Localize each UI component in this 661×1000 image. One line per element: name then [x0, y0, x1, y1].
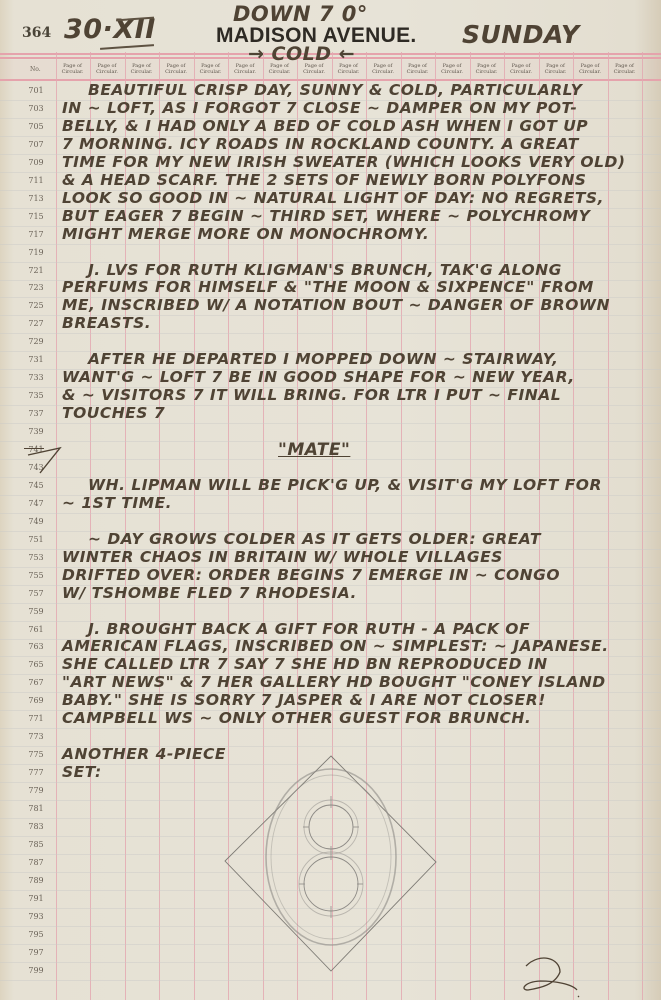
- row-rule: [0, 890, 661, 891]
- journal-line: AMERICAN FLAGS, INSCRIBED ON ~ SIMPLEST:…: [62, 637, 609, 655]
- journal-line: BELLY, & I HAD ONLY A BED OF COLD ASH WH…: [62, 117, 588, 135]
- line-number: 773: [26, 732, 46, 741]
- struck-line-number: [24, 448, 44, 449]
- line-number: 749: [26, 517, 46, 526]
- line-number: 763: [26, 642, 46, 651]
- line-number: 703: [26, 104, 46, 113]
- line-number: 785: [26, 840, 46, 849]
- line-number: 783: [26, 822, 46, 831]
- line-number: 731: [26, 355, 46, 364]
- line-number: 795: [26, 930, 46, 939]
- journal-line: ~ DAY GROWS COLDER AS IT GETS OLDER: GRE…: [88, 530, 541, 548]
- line-number: 769: [26, 696, 46, 705]
- journal-line: ME, INSCRIBED W/ A NOTATION BOUT ~ DANGE…: [62, 296, 610, 314]
- line-number: 729: [26, 337, 46, 346]
- column-header: Page of Circular.: [470, 61, 504, 81]
- journal-line: ~ 1ST TIME.: [62, 494, 172, 512]
- line-number: 747: [26, 499, 46, 508]
- weather-note-bottom: → COLD ←: [248, 43, 355, 65]
- handwritten-day: SUNDAY: [462, 20, 580, 49]
- journal-line: J. BROUGHT BACK A GIFT FOR RUTH - A PACK…: [88, 620, 530, 638]
- journal-line: & A HEAD SCARF. THE 2 SETS OF NEWLY BORN…: [62, 171, 586, 189]
- row-rule: [0, 244, 661, 245]
- line-number: 733: [26, 373, 46, 382]
- journal-line: BREASTS.: [62, 314, 151, 332]
- column-header: Page of Circular.: [435, 61, 469, 81]
- line-number: 701: [26, 86, 46, 95]
- row-rule: [0, 603, 661, 604]
- journal-line: 7 MORNING. ICY ROADS IN ROCKLAND COUNTY.…: [62, 135, 579, 153]
- row-rule: [0, 800, 661, 801]
- line-number: 787: [26, 858, 46, 867]
- journal-line: DRIFTED OVER: ORDER BEGINS 7 EMERGE IN ~…: [62, 566, 560, 584]
- line-number: 797: [26, 948, 46, 957]
- column-header: Page of Circular.: [504, 61, 538, 81]
- column-header: Page of Circular.: [573, 61, 607, 81]
- line-number: 759: [26, 607, 46, 616]
- journal-line: BEAUTIFUL CRISP DAY, SUNNY & COLD, PARTI…: [88, 81, 582, 99]
- row-rule: [0, 980, 661, 981]
- line-number: 713: [26, 194, 46, 203]
- row-rule: [0, 333, 661, 334]
- journal-line: PERFUMS FOR HIMSELF & "THE MOON & SIXPEN…: [62, 278, 594, 296]
- column-rule: [608, 52, 609, 1000]
- journal-line: IN ~ LOFT, AS I FORGOT 7 CLOSE ~ DAMPER …: [62, 99, 577, 117]
- journal-line: W/ TSHOMBE FLED 7 RHODESIA.: [62, 584, 357, 602]
- line-number: 775: [26, 750, 46, 759]
- line-number: 781: [26, 804, 46, 813]
- journal-line: BUT EAGER 7 BEGIN ~ THIRD SET, WHERE ~ P…: [62, 207, 590, 225]
- row-rule: [0, 513, 661, 514]
- line-number: 737: [26, 409, 46, 418]
- journal-line: WH. LIPMAN WILL BE PICK'G UP, & VISIT'G …: [88, 476, 602, 494]
- row-rule: [0, 872, 661, 873]
- journal-line: SET:: [62, 763, 102, 781]
- journal-line: LOOK SO GOOD IN ~ NATURAL LIGHT OF DAY: …: [62, 189, 604, 207]
- journal-line: WINTER CHAOS IN BRITAIN W/ WHOLE VILLAGE…: [62, 548, 503, 566]
- column-header: Page of Circular.: [194, 61, 228, 81]
- journal-line: "ART NEWS" & 7 HER GALLERY HD BOUGHT "CO…: [62, 673, 606, 691]
- journal-line: MIGHT MERGE MORE ON MONOCHROMY.: [62, 225, 429, 243]
- line-number: 793: [26, 912, 46, 921]
- journal-line: TOUCHES 7: [62, 404, 165, 422]
- line-number: 753: [26, 553, 46, 562]
- line-number: 779: [26, 786, 46, 795]
- line-number: 719: [26, 248, 46, 257]
- line-number: 707: [26, 140, 46, 149]
- column-rule: [642, 52, 643, 1000]
- journal-line: & ~ VISITORS 7 IT WILL BRING. FOR LTR I …: [62, 386, 561, 404]
- row-rule: [0, 836, 661, 837]
- number-column-header: No.: [30, 66, 41, 73]
- line-number: 711: [26, 176, 46, 185]
- line-number: 789: [26, 876, 46, 885]
- line-number: 761: [26, 625, 46, 634]
- row-rule: [0, 423, 661, 424]
- column-header: Page of Circular.: [608, 61, 642, 81]
- line-number: 767: [26, 678, 46, 687]
- row-rule: [0, 782, 661, 783]
- journal-line: SHE CALLED LTR 7 SAY 7 SHE HD BN REPRODU…: [62, 655, 548, 673]
- row-rule: [0, 854, 661, 855]
- line-number: 721: [26, 266, 46, 275]
- line-number: 777: [26, 768, 46, 777]
- line-number: 709: [26, 158, 46, 167]
- line-number: 755: [26, 571, 46, 580]
- row-rule: [0, 728, 661, 729]
- line-number: 705: [26, 122, 46, 131]
- journal-line: "MATE": [278, 440, 350, 460]
- column-header: Page of Circular.: [539, 61, 573, 81]
- line-number: 739: [26, 427, 46, 436]
- column-header: Page of Circular.: [125, 61, 159, 81]
- line-number: 765: [26, 660, 46, 669]
- line-number: 745: [26, 481, 46, 490]
- row-rule: [0, 944, 661, 945]
- line-number: 751: [26, 535, 46, 544]
- line-number: 799: [26, 966, 46, 975]
- line-number: 727: [26, 319, 46, 328]
- journal-line: ANOTHER 4-PIECE: [62, 745, 226, 763]
- page-number: 364: [22, 25, 51, 41]
- line-number: 725: [26, 301, 46, 310]
- line-number: 757: [26, 589, 46, 598]
- line-number: 791: [26, 894, 46, 903]
- line-number: 717: [26, 230, 46, 239]
- column-header: Page of Circular.: [159, 61, 193, 81]
- journal-line: CAMPBELL WS ~ ONLY OTHER GUEST FOR BRUNC…: [62, 709, 531, 727]
- line-number: 735: [26, 391, 46, 400]
- line-number: 723: [26, 283, 46, 292]
- column-header: Page of Circular.: [56, 61, 90, 81]
- row-rule: [0, 908, 661, 909]
- journal-line: J. LVS FOR RUTH KLIGMAN'S BRUNCH, TAK'G …: [88, 261, 562, 279]
- column-header: Page of Circular.: [366, 61, 400, 81]
- journal-line: WANT'G ~ LOFT 7 BE IN GOOD SHAPE FOR ~ N…: [62, 368, 575, 386]
- journal-line: BABY." SHE IS SORRY 7 JASPER & I ARE NOT…: [62, 691, 546, 709]
- row-rule: [0, 818, 661, 819]
- signature-icon: [524, 958, 579, 997]
- journal-line: AFTER HE DEPARTED I MOPPED DOWN ~ STAIRW…: [88, 350, 558, 368]
- line-number: 743: [26, 463, 46, 472]
- row-rule: [0, 962, 661, 963]
- line-number: 741: [26, 445, 46, 454]
- line-number: 715: [26, 212, 46, 221]
- journal-line: TIME FOR MY NEW IRISH SWEATER (WHICH LOO…: [62, 153, 625, 171]
- ledger-page: 364 30·XII DOWN 7 0° MADISON AVENUE. SUN…: [0, 0, 661, 1000]
- column-rule: [56, 52, 57, 1000]
- row-rule: [0, 926, 661, 927]
- column-header: Page of Circular.: [90, 61, 124, 81]
- column-header: Page of Circular.: [401, 61, 435, 81]
- line-number: 771: [26, 714, 46, 723]
- four-piece-set-sketch: [225, 756, 436, 971]
- weather-note-top: DOWN 7 0°: [233, 2, 368, 26]
